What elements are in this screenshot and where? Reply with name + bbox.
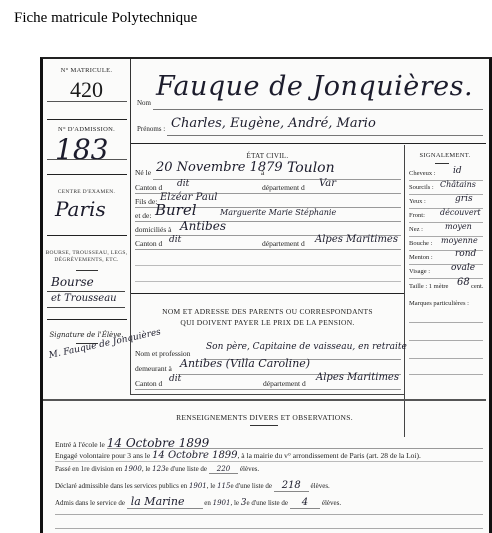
departement-value: Var [319,178,336,189]
passe-total: 220 [209,465,238,474]
divider [47,319,127,320]
nez-label: Nez : [409,226,423,233]
divider [47,235,127,236]
divider [43,399,486,401]
et-de-label: et de: [135,211,151,220]
admis-en: en [204,499,211,507]
engage-label: Engagé volontaire pour 3 ans le [55,451,150,460]
yeux-label: Yeux : [409,198,426,205]
divider [55,514,483,515]
passe-line: Passé en 1re division en 1900, le 123e d… [55,465,259,473]
demeurant-label: demeurant à [135,364,172,373]
demeurant-value: Antibes (Villa Caroline) [180,357,310,370]
centre-examen-value: Paris [55,197,106,221]
divider [153,179,401,180]
domicilies-label: domiciliés à [135,225,171,234]
divider [435,163,449,164]
divider [135,265,401,266]
prenoms-label: Prénoms : [137,125,165,133]
etat-civil-title: ÉTAT CIVIL. [131,152,404,160]
domicilies-value: Antibes [180,219,226,233]
declare-rank: 115 [217,482,230,490]
divider [250,425,278,426]
passe-year: 1900 [124,465,142,473]
parents-departement-label: département d [263,379,306,388]
declare-label: Déclaré admissible dans les services pub… [55,482,187,490]
parents-title-line2: QUI DOIVENT PAYER LE PRIX DE LA PENSION. [131,317,404,328]
cheveux-value: id [453,166,462,176]
cheveux-label: Cheveux : [409,170,436,177]
canton2-value: dit [169,235,181,245]
parents-title-line1: NOM ET ADRESSE DES PARENTS OU CORRESPOND… [131,306,404,317]
admission-label: N° D'ADMISSION. [43,126,130,133]
divider [135,249,401,250]
divider [76,270,98,271]
divider [47,174,127,175]
divider [47,101,127,102]
visage-value: ovale [451,263,475,273]
parents-title: NOM ET ADRESSE DES PARENTS OU CORRESPOND… [131,306,404,328]
passe-label: Passé en 1re division en [55,465,122,473]
passe-eleves: élèves. [240,465,259,473]
visage-label: Visage : [409,268,430,275]
taille-unit: cent. [471,283,483,290]
admis-eleves: élèves. [322,499,341,507]
engage-line: Engagé volontaire pour 3 ans le 14 Octob… [55,450,421,461]
centre-examen-label: CENTRE D'EXAMEN. [43,189,130,195]
canton-label: Canton d [135,183,162,192]
sourcils-label: Sourcils : [409,184,434,191]
admission-value: 183 [55,133,108,166]
departement2-value: Alpes Maritimes [315,234,398,245]
engage-value: 14 Octobre 1899 [152,450,237,461]
divider [47,291,125,292]
matricule-value: 420 [43,77,130,103]
passe-liste: e d'une liste de [166,465,208,473]
registration-sheet: N° MATRICULE. 420 N° D'ADMISSION. 183 CE… [40,57,492,533]
front-label: Front: [409,212,425,219]
divider [47,307,125,308]
nom-value: Fauque de Jonquières. [156,71,473,102]
admis-le: , le [230,499,239,507]
signalement-title: SIGNALEMENT. [405,152,485,159]
taille-label: Taille : 1 mètre [409,283,448,290]
a-label: à [261,168,264,177]
divider [47,159,127,160]
declare-year: 1901 [189,482,207,490]
renseignements-title: RENSEIGNEMENTS DIVERS ET OBSERVATIONS. [43,413,486,422]
canton-value: dit [177,179,189,189]
divider [135,281,401,282]
admis-label: Admis dans le service de [55,499,125,507]
divider [47,119,127,120]
engage-suffix: , à la mairie du v° arrondissement de Pa… [238,451,421,460]
et-de-extra: Marguerite Marie Stéphanie [220,208,336,217]
divider [130,293,131,395]
bourse-value-line1: Bourse [51,275,94,289]
ne-le-label: Né le [135,168,151,177]
divider [55,528,483,529]
divider [409,374,483,375]
page-title: Fiche matricule Polytechnique [14,10,197,27]
nez-value: moyen [445,222,472,231]
declare-eleves: élèves. [311,482,330,490]
menton-label: Menton : [409,254,433,261]
divider [409,322,483,323]
parents-canton-value: dit [169,374,181,384]
entre-label: Entré à l'école le [55,440,105,449]
sourcils-value: Châtains [440,180,476,189]
declare-line: Déclaré admissible dans les services pub… [55,480,330,491]
bourse-label: BOURSE, TROUSSEAU, LEGS, DÉGRÈVEMENTS, E… [45,250,128,264]
divider [409,340,483,341]
nom-profession-value: Son père, Capitaine de vaisseau, en retr… [206,342,407,352]
a-value: Toulon [287,160,335,176]
taille-value: 68 [457,277,470,288]
passe-le: , le [142,465,151,473]
divider [167,135,483,136]
parents-canton-label: Canton d [135,379,162,388]
divider [135,389,401,390]
menton-value: rond [455,249,476,259]
divider [135,221,401,222]
parents-departement-value: Alpes Maritimes [316,372,399,383]
bourse-value-line2: et Trousseau [51,293,117,304]
admis-total: 4 [290,497,320,509]
marques-label: Marques particulières : [409,300,469,307]
admis-service: la Marine [127,495,203,509]
departement-label: département d [262,183,305,192]
bouche-value: moyenne [441,236,478,245]
nom-label: Nom [137,99,151,107]
admis-liste: e d'une liste de [246,499,288,507]
admis-line: Admis dans le service de la Marine en 19… [55,495,341,508]
divider [131,143,486,144]
declare-total: 218 [274,480,309,492]
bouche-label: Bouche : [409,240,432,247]
yeux-value: gris [455,194,473,204]
divider [55,461,483,462]
divider [130,394,405,395]
fils-de-label: Fils de: [135,197,157,206]
divider [409,358,483,359]
admis-year: 1901 [213,499,231,507]
divider [131,293,404,294]
et-de-value: Burel [155,201,197,219]
matricule-label: N° MATRICULE. [43,67,130,74]
canton2-label: Canton d [135,239,162,248]
departement2-label: département d [262,239,305,248]
front-value: découvert [440,208,481,217]
prenoms-value: Charles, Eugène, André, Mario [171,116,376,131]
declare-le: , le [207,482,216,490]
divider [153,109,483,110]
passe-rank: 123 [152,465,165,473]
declare-liste: e d'une liste de [230,482,272,490]
divider [409,278,483,279]
divider [107,448,483,449]
